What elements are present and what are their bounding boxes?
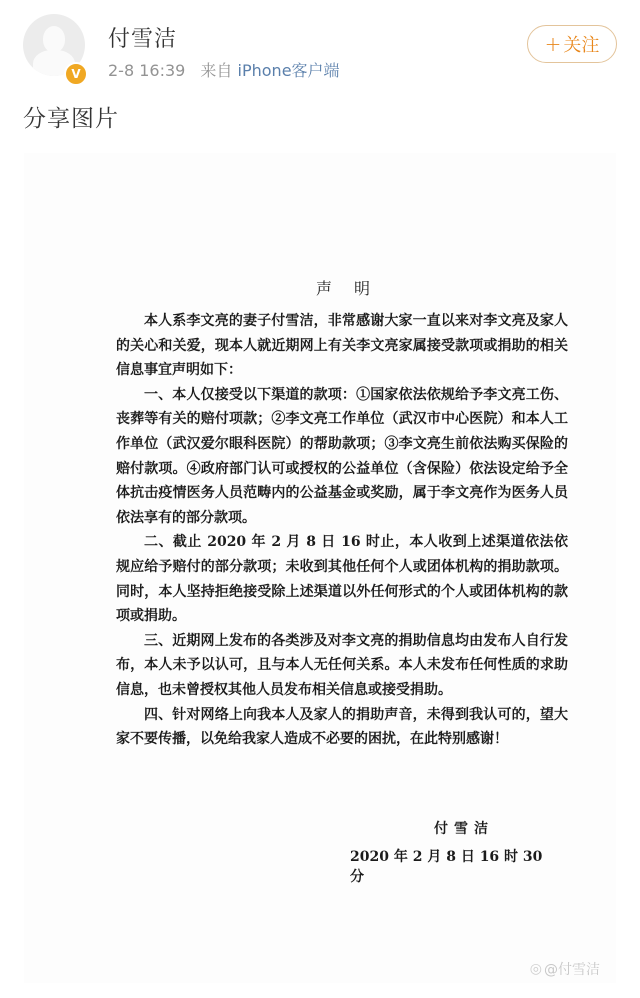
signature-date: 2020 年 2 月 8 日 16 时 30 分 — [350, 846, 560, 886]
statement-title: 声明 — [126, 276, 560, 299]
follow-button[interactable]: + 关注 — [527, 25, 617, 63]
post-image[interactable]: 声明 本人系李文亮的妻子付雪洁，非常感谢大家一直以来对李文亮及家人的关心和关爱，… — [24, 153, 616, 983]
statement-paragraph-4: 四、针对网络上向我本人及家人的捐助声音，未得到我认可的，望大家不要传播，以免给我… — [116, 703, 568, 752]
statement-paragraph-2: 二、截止 2020 年 2 月 8 日 16 时止，本人收到上述渠道依法依规应给… — [116, 530, 568, 628]
plus-icon: + — [545, 32, 562, 56]
statement-paragraph-3: 三、近期网上发布的各类涉及对李文亮的捐助信息均由发布人自行发布，本人未予以认可，… — [116, 629, 568, 703]
statement-paragraph-intro: 本人系李文亮的妻子付雪洁，非常感谢大家一直以来对李文亮及家人的关心和关爱，现本人… — [116, 309, 568, 383]
signature-name: 付雪洁 — [434, 818, 494, 838]
post-timestamp: 2-8 16:39 — [108, 61, 185, 80]
verified-badge-icon: V — [64, 62, 88, 86]
avatar-head-icon — [43, 26, 65, 52]
weibo-icon: ◎ — [530, 961, 542, 977]
post-meta: 2-8 16:39 来自 iPhone客户端 — [108, 58, 340, 81]
source-prefix: 来自 — [200, 61, 232, 80]
follow-label: 关注 — [563, 31, 599, 57]
statement-paragraph-1: 一、本人仅接受以下渠道的款项：①国家依法依规给予李文亮工伤、丧葬等有关的赔付项款… — [116, 383, 568, 531]
post-text: 分享图片 — [23, 100, 119, 133]
author-name[interactable]: 付雪洁 — [108, 22, 177, 53]
statement-body: 本人系李文亮的妻子付雪洁，非常感谢大家一直以来对李文亮及家人的关心和关爱，现本人… — [116, 309, 568, 752]
watermark-text: @付雪洁 — [544, 959, 600, 979]
watermark: ◎ @付雪洁 — [530, 959, 600, 979]
source-app-link[interactable]: iPhone客户端 — [238, 61, 340, 80]
